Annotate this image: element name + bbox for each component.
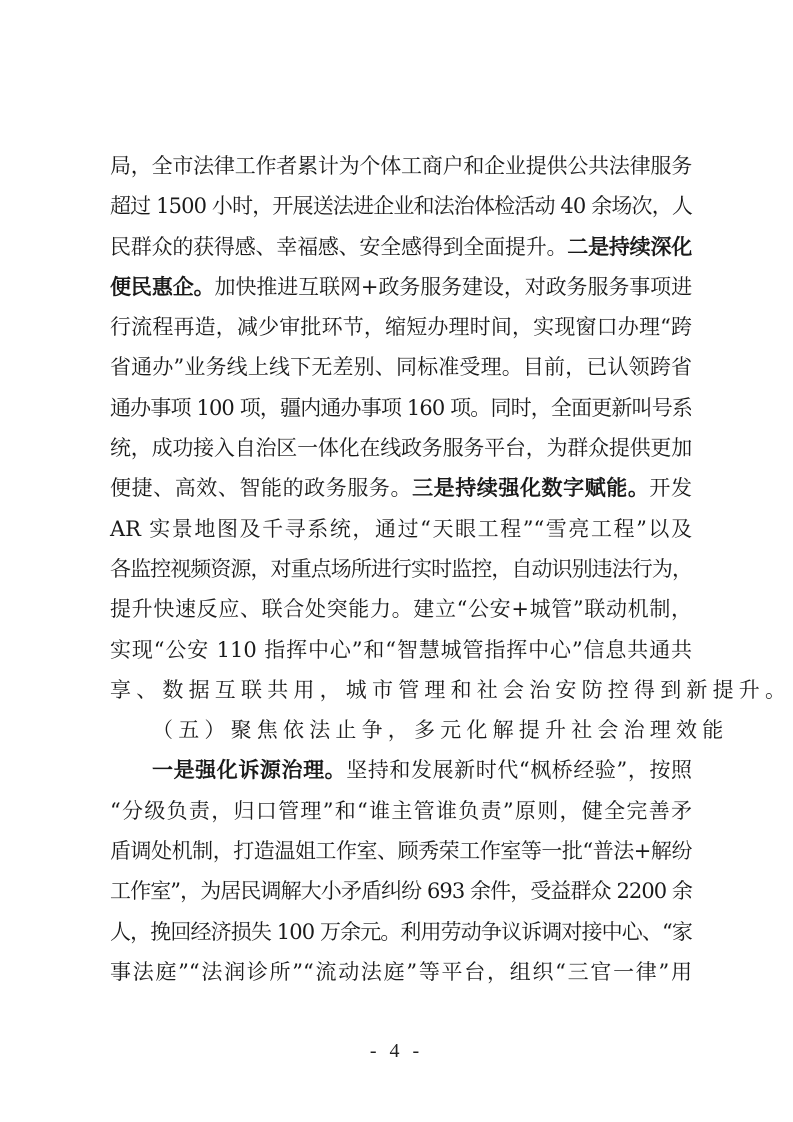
text-line: 行流程再造，减少审批环节，缩短办理时间，实现窗口办理“跨 (110, 307, 692, 347)
text-line: AR 实景地图及千寻系统，通过“天眼工程”“雪亮工程”以及 (110, 509, 692, 549)
text-run: 加快推进互联网+政务服务建设，对政务服务事项进 (215, 275, 692, 299)
text-line: 享、数据互联共用，城市管理和社会治安防控得到新提升。 (110, 670, 692, 710)
document-page: 局，全市法律工作者累计为个体工商户和企业提供公共法律服务 超过 1500 小时，… (0, 0, 793, 1122)
text-run: 提升快速反应、联合处突能力。建立“公安+城管”联动机制， (110, 597, 692, 621)
text-line: 一是强化诉源治理。坚持和发展新时代“枫桥经验”，按照 (110, 750, 692, 790)
section-heading: （五）聚焦依法止争，多元化解提升社会治理效能 (110, 710, 692, 750)
text-run: 民群众的获得感、幸福感、安全感得到全面提升。 (110, 235, 567, 259)
text-line: 人，挽回经济损失 100 万余元。利用劳动争议诉调对接中心、“家 (110, 912, 692, 952)
text-run: AR 实景地图及千寻系统，通过“天眼工程”“雪亮工程”以及 (110, 517, 692, 541)
text-run: 局，全市法律工作者累计为个体工商户和企业提供公共法律服务 (110, 154, 692, 178)
text-line: 实现“公安 110 指挥中心”和“智慧城管指挥中心”信息共通共 (110, 630, 692, 670)
text-run: 通办事项 100 项，疆内通办事项 160 项。同时，全面更新叫号系 (110, 396, 692, 420)
bold-lead-phrase: 一是强化诉源治理。 (152, 757, 346, 782)
text-line: 通办事项 100 项，疆内通办事项 160 项。同时，全面更新叫号系 (110, 388, 692, 428)
text-run: 省通办”业务线上线下无差别、同标准受理。目前，已认领跨省 (110, 355, 692, 379)
text-run: 实现“公安 110 指挥中心”和“智慧城管指挥中心”信息共通共 (110, 638, 692, 662)
text-line: 统，成功接入自治区一体化在线政务服务平台，为群众提供更加 (110, 428, 692, 468)
text-line: 各监控视频资源，对重点场所进行实时监控，自动识别违法行为， (110, 549, 692, 589)
text-line: 便民惠企。加快推进互联网+政务服务建设，对政务服务事项进 (110, 267, 692, 307)
text-line: 局，全市法律工作者累计为个体工商户和企业提供公共法律服务 (110, 146, 692, 186)
bold-lead-phrase: 便民惠企。 (110, 274, 215, 299)
text-line: 超过 1500 小时，开展送法进企业和法治体检活动 40 余场次，人 (110, 186, 692, 226)
text-run: 便捷、高效、智能的政务服务。 (110, 476, 412, 500)
text-run: 盾调处机制，打造温姐工作室、顾秀荣工作室等一批“普法+解纷 (110, 839, 692, 863)
bold-lead-phrase: 二是持续深化 (567, 234, 692, 259)
text-line: 盾调处机制，打造温姐工作室、顾秀荣工作室等一批“普法+解纷 (110, 831, 692, 871)
text-line: 事法庭”“法润诊所”“流动法庭”等平台，组织“三官一律”用 (110, 952, 692, 992)
body-text: 局，全市法律工作者累计为个体工商户和企业提供公共法律服务 超过 1500 小时，… (110, 146, 692, 992)
text-run: 工作室”，为居民调解大小矛盾纠纷 693 余件，受益群众 2200 余 (110, 879, 692, 903)
text-run: 坚持和发展新时代“枫桥经验”，按照 (346, 758, 692, 782)
text-line: 民群众的获得感、幸福感、安全感得到全面提升。二是持续深化 (110, 227, 692, 267)
page-number: - 4 - (0, 1040, 793, 1063)
section-heading-text: （五）聚焦依法止争，多元化解提升社会治理效能 (152, 718, 728, 742)
text-run: “分级负责，归口管理”和“谁主管谁负责”原则，健全完善矛 (110, 799, 692, 823)
text-run: 超过 1500 小时，开展送法进企业和法治体检活动 40 余场次，人 (110, 194, 692, 218)
text-line: 省通办”业务线上线下无差别、同标准受理。目前，已认领跨省 (110, 347, 692, 387)
text-run: 享、数据互联共用，城市管理和社会治安防控得到新提升。 (110, 678, 791, 702)
text-run: 行流程再造，减少审批环节，缩短办理时间，实现窗口办理“跨 (110, 315, 692, 339)
text-line: 便捷、高效、智能的政务服务。三是持续强化数字赋能。开发 (110, 468, 692, 508)
text-run: 事法庭”“法润诊所”“流动法庭”等平台，组织“三官一律”用 (110, 960, 692, 984)
text-run: 各监控视频资源，对重点场所进行实时监控，自动识别违法行为， (110, 557, 692, 581)
text-run: 统，成功接入自治区一体化在线政务服务平台，为群众提供更加 (110, 436, 692, 460)
text-line: 工作室”，为居民调解大小矛盾纠纷 693 余件，受益群众 2200 余 (110, 871, 692, 911)
text-line: “分级负责，归口管理”和“谁主管谁负责”原则，健全完善矛 (110, 791, 692, 831)
text-run: 人，挽回经济损失 100 万余元。利用劳动争议诉调对接中心、“家 (110, 920, 692, 944)
bold-lead-phrase: 三是持续强化数字赋能。 (412, 475, 649, 500)
text-run: 开发 (649, 476, 692, 500)
text-line: 提升快速反应、联合处突能力。建立“公安+城管”联动机制， (110, 589, 692, 629)
